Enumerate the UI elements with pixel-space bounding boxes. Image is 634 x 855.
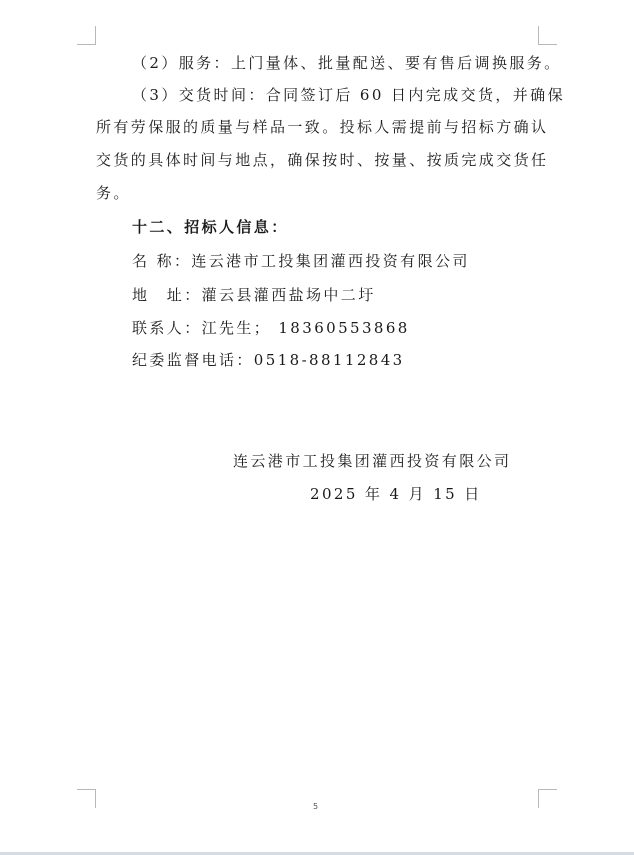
signature-date: 2025 年 4 月 15 日 — [310, 484, 482, 504]
margin-corner-mark-bottom-left — [77, 789, 96, 808]
paragraph-delivery-line-1: （3）交货时间：合同签订后 60 日内完成交货，并确保 — [132, 85, 565, 105]
section-heading-tenderer-info: 十二、招标人信息： — [132, 217, 289, 237]
tenderer-supervision-phone: 纪委监督电话：0518-88112843 — [132, 350, 405, 370]
tenderer-address: 地 址：灌云县灌西盐场中二圩 — [132, 285, 376, 305]
paragraph-delivery-line-4: 务。 — [96, 183, 131, 203]
paragraph-service: （2）服务：上门量体、批量配送、要有售后调换服务。 — [132, 53, 562, 73]
tenderer-name: 名 称：连云港市工投集团灌西投资有限公司 — [132, 251, 470, 271]
margin-corner-mark-bottom-right — [538, 789, 557, 808]
paragraph-delivery-line-2: 所有劳保服的质量与样品一致。投标人需提前与招标方确认 — [96, 117, 548, 137]
signature-company: 连云港市工投集团灌西投资有限公司 — [233, 451, 511, 471]
tenderer-contact: 联系人：江先生； 18360553868 — [132, 318, 410, 338]
document-page: （2）服务：上门量体、批量配送、要有售后调换服务。 （3）交货时间：合同签订后 … — [0, 0, 634, 852]
page-number: 5 — [313, 802, 318, 811]
margin-corner-mark-top-left — [77, 26, 96, 45]
margin-corner-mark-top-right — [538, 26, 557, 45]
paragraph-delivery-line-3: 交货的具体时间与地点，确保按时、按量、按质完成交货任 — [96, 150, 548, 170]
